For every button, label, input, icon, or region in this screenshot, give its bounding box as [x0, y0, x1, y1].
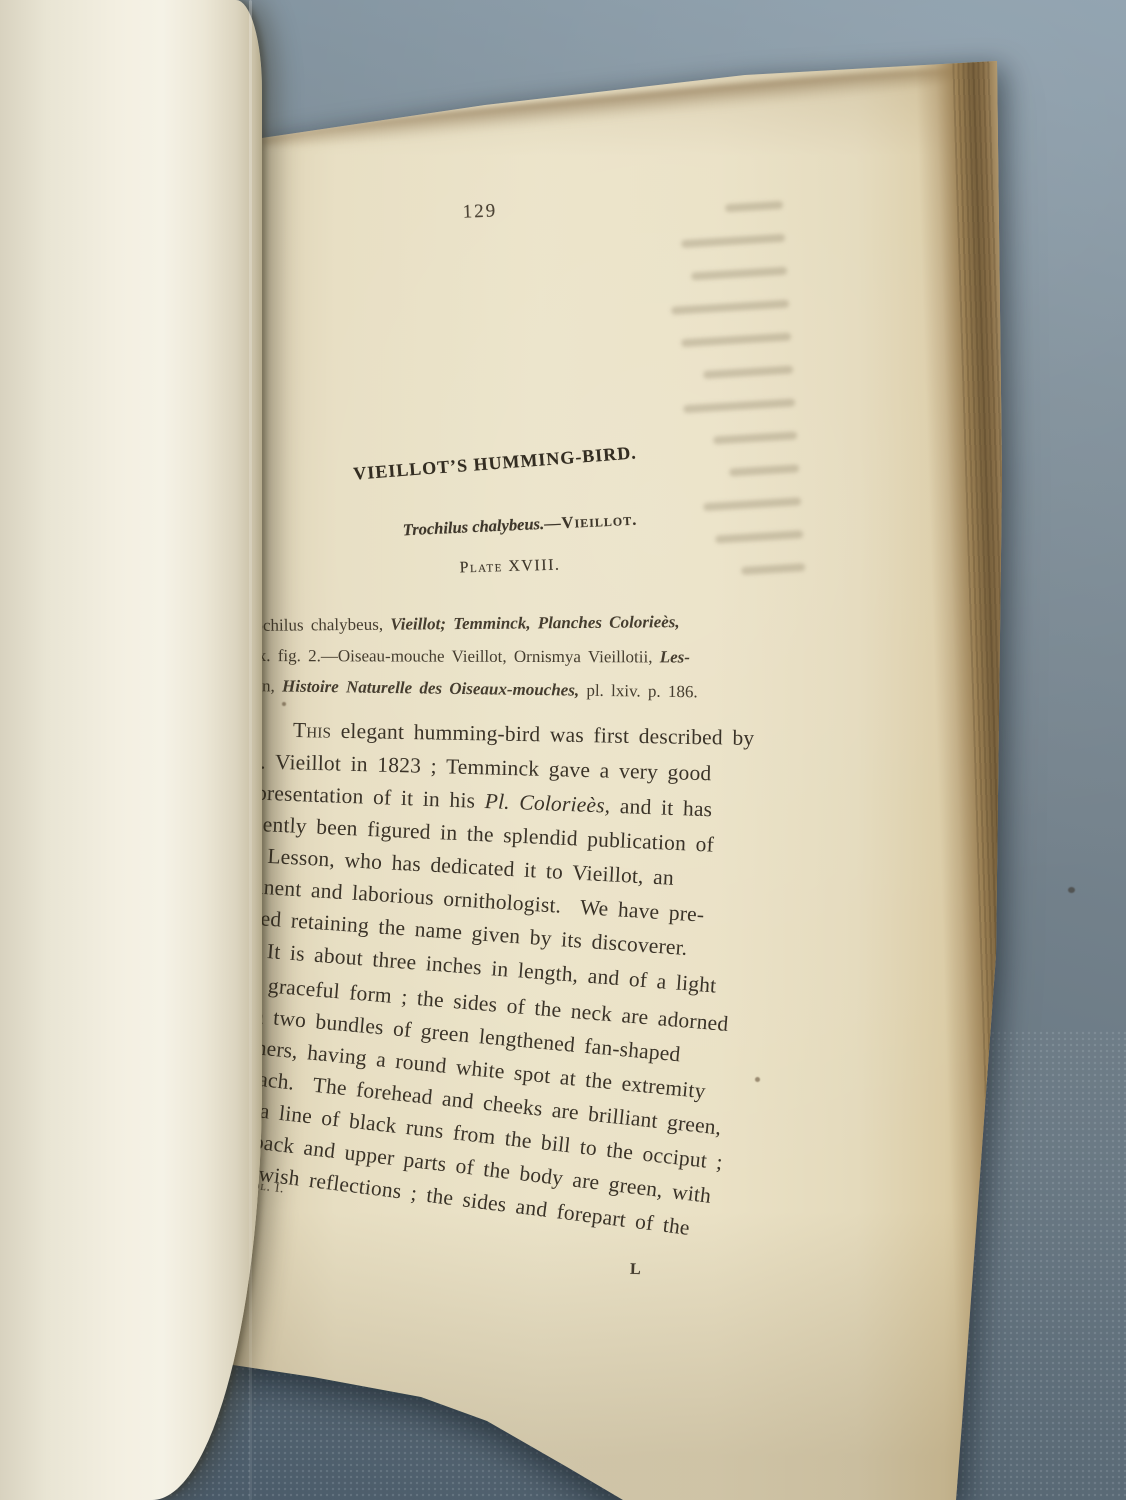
citation-text: lx. fig. 2.—Oiseau-mouche Vieillot, Orni… — [253, 646, 660, 666]
background-speck — [1068, 887, 1075, 893]
chapter-title: VIEILLOT’S HUMMING-BIRD. — [295, 438, 695, 489]
show-through-text — [633, 201, 807, 605]
plate-reference: Plate XVIII. — [345, 553, 675, 580]
ghost-text-line — [741, 563, 805, 575]
ghost-text-line — [681, 234, 785, 248]
species-latin: Trochilus chalybeus. — [402, 514, 544, 539]
citation-line: son, Histoire Naturelle des Oiseaux-mouc… — [247, 671, 795, 709]
ghost-text-line — [713, 431, 797, 444]
left-page-stack — [0, 0, 262, 1500]
citation-line: Trochilus chalybeus, Vieillot; Temminck,… — [239, 606, 795, 641]
page-top-edge — [261, 60, 980, 155]
synonymy-citation: Trochilus chalybeus, Vieillot; Temminck,… — [239, 611, 795, 701]
citation-line: lx. fig. 2.—Oiseau-mouche Vieillot, Orni… — [253, 641, 795, 673]
signature-mark: L — [630, 1261, 641, 1279]
body-text-italic: Pl. Colorieès, — [484, 789, 610, 818]
book-page: 129 VIEILLOT’S HUMMING-BIRD. Trochilus c… — [225, 55, 1015, 1500]
ghost-text-line — [729, 464, 799, 476]
species-author: —Vieillot. — [544, 510, 638, 533]
ghost-text-line — [683, 398, 795, 413]
body-paragraph: This elegant humming-bird was first desc… — [241, 715, 781, 932]
foxing-speck — [755, 1077, 760, 1082]
ghost-text-line — [703, 365, 793, 378]
citation-text-italic: Les- — [660, 647, 690, 666]
page-number: 129 — [430, 199, 531, 224]
body-text: elegant humming-bird was first described… — [331, 719, 755, 750]
foxing-speck — [282, 702, 286, 706]
body-text: representation of it in his — [239, 780, 486, 813]
ghost-text-line — [715, 530, 803, 543]
lead-word: This — [293, 718, 332, 743]
citation-text-italic: Vieillot; Temminck, Planches Colorieès, — [390, 612, 679, 634]
body-text: and it has — [610, 794, 713, 822]
citation-text: pl. lxiv. p. 186. — [579, 681, 698, 702]
body-paragraph: It is about three inches in length, and … — [241, 936, 781, 1184]
citation-text-italic: Histoire Naturelle des Oiseaux-mouches, — [282, 676, 579, 699]
book-page-wrap: 129 VIEILLOT’S HUMMING-BIRD. Trochilus c… — [225, 55, 1015, 1500]
ghost-text-line — [725, 201, 783, 213]
ghost-text-line — [671, 300, 789, 315]
ghost-text-line — [691, 267, 787, 281]
ghost-text-line — [681, 333, 791, 348]
book-photo: 129 VIEILLOT’S HUMMING-BIRD. Trochilus c… — [0, 0, 1126, 1500]
